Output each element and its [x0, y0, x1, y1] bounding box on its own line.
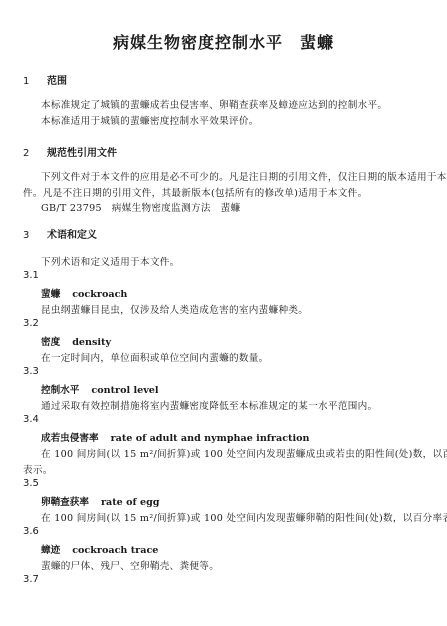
term-heading: 蜚蠊cockroach	[41, 286, 127, 300]
section-number: 1	[23, 76, 37, 87]
term-definition: 蜚蠊的尸体、残尸、空卵鞘壳、粪便等。	[41, 558, 219, 572]
term-en: cockroach	[72, 289, 127, 300]
paragraph: 本标准适用于城镇的蜚蠊密度控制水平效果评价。	[41, 113, 259, 127]
term-number: 3.1	[23, 270, 39, 281]
term-number: 3.6	[23, 526, 39, 537]
term-zh: 控制水平	[41, 385, 79, 396]
term-heading: 成若虫侵害率rate of adult and nymphae infracti…	[41, 430, 309, 444]
section-title: 范围	[47, 76, 67, 87]
term-number: 3.2	[23, 318, 39, 329]
document-title: 病媒生物密度控制水平 蜚蠊	[0, 30, 447, 53]
term-zh: 蟑迹	[41, 545, 60, 556]
section-3-heading: 3 术语和定义	[23, 226, 97, 241]
section-number: 2	[23, 148, 37, 159]
section-number: 3	[23, 230, 37, 241]
paragraph: 件。凡是不注日期的引用文件，其最新版本(包括所有的修改单)适用于本文件。	[23, 185, 367, 199]
paragraph: 下列术语和定义适用于本文件。	[41, 254, 180, 268]
term-definition: 在一定时间内，单位面积或单位空间内蜚蠊的数量。	[41, 350, 269, 364]
term-number: 3.4	[23, 414, 39, 425]
term-heading: 卵鞘查获率rate of egg	[41, 494, 160, 508]
term-heading: 密度density	[41, 334, 111, 348]
term-zh: 蜚蠊	[41, 289, 60, 300]
term-zh: 密度	[41, 337, 60, 348]
term-heading: 控制水平control level	[41, 382, 159, 396]
paragraph: 本标准规定了城镇的蜚蠊成若虫侵害率、卵鞘查获率及蟑迹应达到的控制水平。	[41, 97, 387, 111]
reference: GB/T 23795 病媒生物密度监测方法 蜚蠊	[41, 200, 240, 214]
term-heading: 蟑迹cockroach trace	[41, 542, 158, 556]
section-title: 术语和定义	[47, 230, 97, 241]
term-definition-cont: 表示。	[23, 462, 53, 476]
term-definition: 通过采取有效控制措施将室内蜚蠊密度降低至本标准规定的某一水平范围内。	[41, 398, 377, 412]
term-definition: 在 100 间房间(以 15 m²/间折算)或 100 处空间内发现蜚蠊卵鞘的阳…	[41, 510, 447, 524]
section-1-heading: 1 范围	[23, 72, 67, 87]
term-en: cockroach trace	[72, 545, 158, 556]
term-definition: 昆虫纲蜚蠊目昆虫，仅涉及给人类造成危害的室内蜚蠊种类。	[41, 302, 308, 316]
term-en: rate of adult and nymphae infraction	[111, 433, 310, 444]
term-zh: 卵鞘查获率	[41, 497, 89, 508]
term-en: density	[72, 337, 111, 348]
section-2-heading: 2 规范性引用文件	[23, 144, 117, 159]
term-en: rate of egg	[101, 497, 160, 508]
term-number: 3.5	[23, 478, 39, 489]
term-number: 3.7	[23, 574, 39, 585]
term-definition: 在 100 间房间(以 15 m²/间折算)或 100 处空间内发现蜚蠊成虫或若…	[41, 446, 447, 460]
section-title: 规范性引用文件	[47, 148, 117, 159]
term-number: 3.3	[23, 366, 39, 377]
paragraph: 下列文件对于本文件的应用是必不可少的。凡是注日期的引用文件，仅注日期的版本适用于…	[41, 169, 447, 183]
term-en: control level	[91, 385, 158, 396]
term-zh: 成若虫侵害率	[41, 433, 99, 444]
